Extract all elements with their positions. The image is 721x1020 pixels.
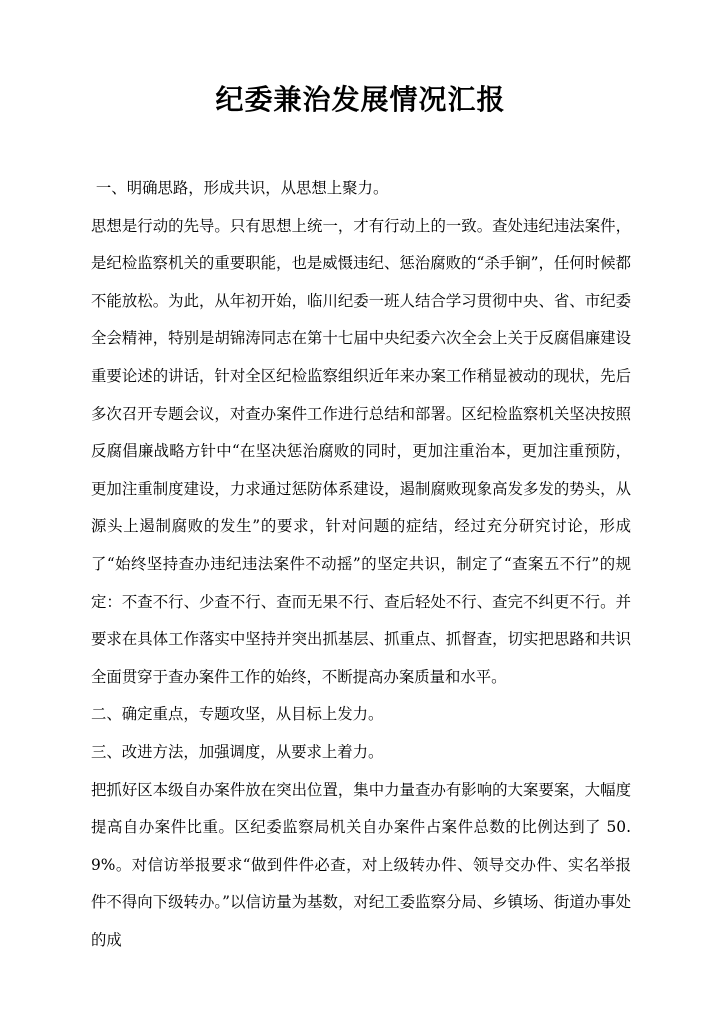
- section-heading-2: 二、确定重点，专题攻坚，从目标上发力。: [91, 696, 631, 734]
- body-paragraph-1: 思想是行动的先导。只有思想上统一，才有行动上的一致。查处违纪违法案件，是纪检监察…: [91, 208, 631, 697]
- document-body: 一、明确思路，形成共识，从思想上聚力。 思想是行动的先导。只有思想上统一，才有行…: [91, 170, 631, 959]
- body-paragraph-2: 把抓好区本级自办案件放在突出位置，集中力量查办有影响的大案要案，大幅度提高自办案…: [91, 772, 631, 960]
- document-title: 纪委兼治发展情况汇报: [0, 0, 721, 119]
- section-heading-1: 一、明确思路，形成共识，从思想上聚力。: [91, 170, 631, 208]
- section-heading-3: 三、改进方法，加强调度，从要求上着力。: [91, 734, 631, 772]
- document-page: 纪委兼治发展情况汇报 一、明确思路，形成共识，从思想上聚力。 思想是行动的先导。…: [0, 0, 721, 1020]
